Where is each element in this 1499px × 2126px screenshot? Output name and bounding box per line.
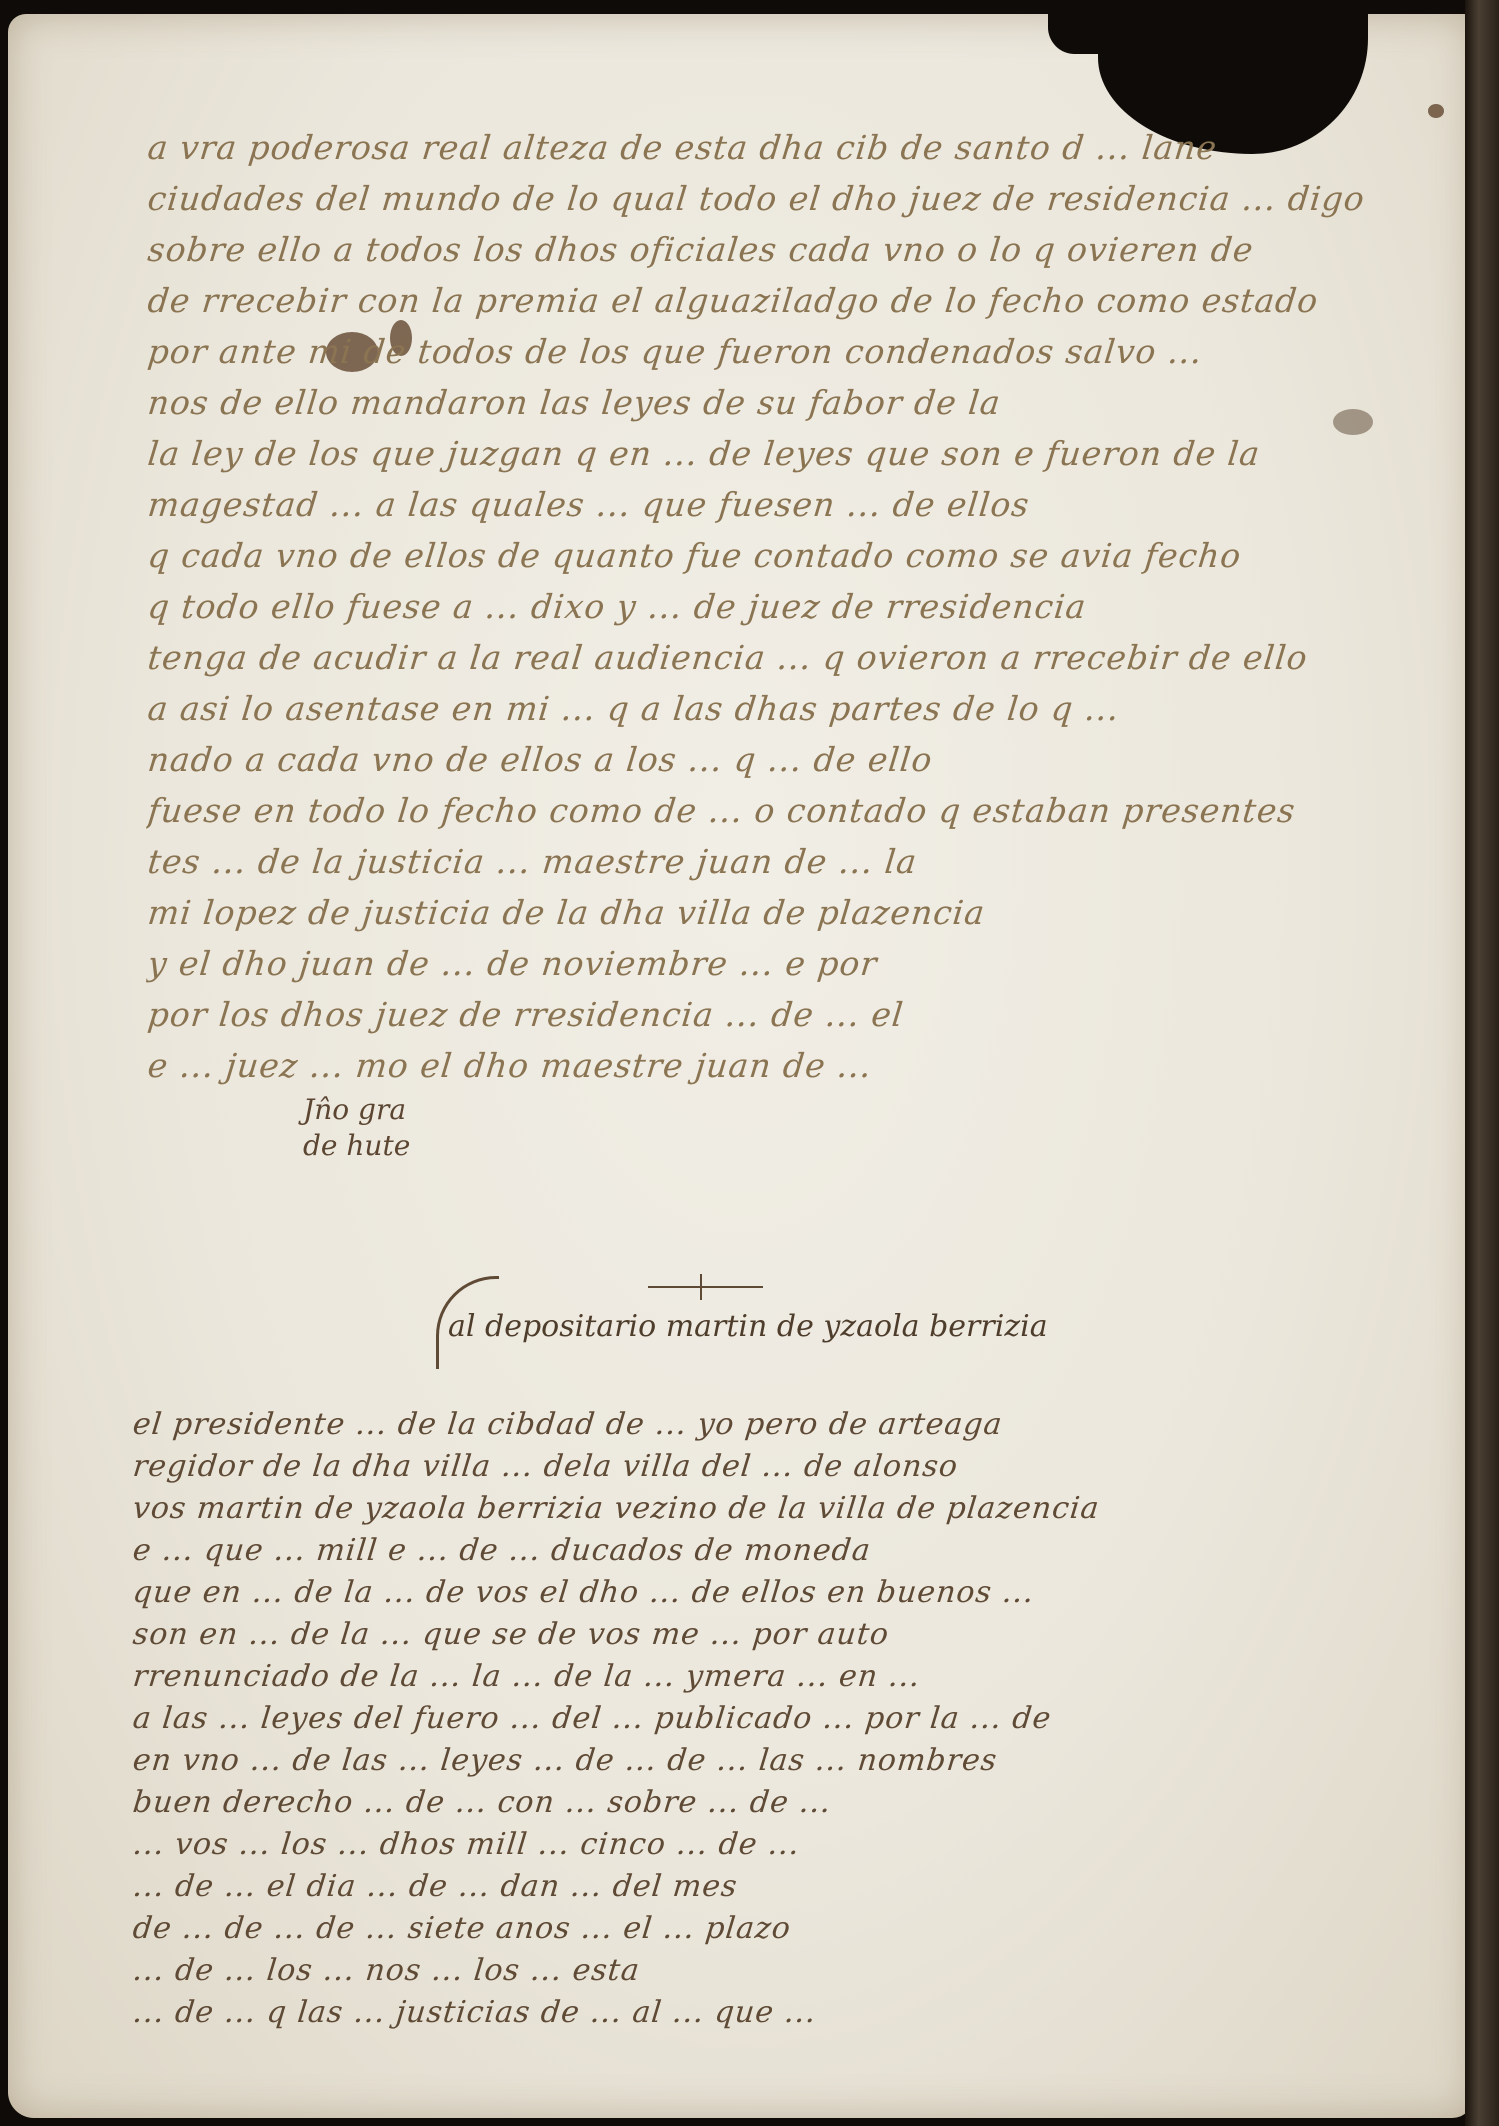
signature-line: de hute — [303, 1128, 410, 1164]
text-line: de rrecebir con la premia el alguaziladg… — [145, 275, 1450, 326]
cross-mark-icon — [648, 1286, 763, 1288]
upper-text-block: a vra poderosa real alteza de esta dha c… — [148, 122, 1448, 1091]
text-line: ... de ... el dia ... de ... dan ... del… — [131, 1866, 1455, 1908]
text-line: q todo ello fuese a ... dixo y ... de ju… — [145, 581, 1450, 632]
text-line: son en ... de la ... que se de vos me ..… — [131, 1614, 1455, 1656]
signature: Jn̂o gra de hute — [303, 1092, 410, 1164]
text-line: ... vos ... los ... dhos mill ... cinco … — [131, 1824, 1455, 1866]
text-line: a las ... leyes del fuero ... del ... pu… — [131, 1698, 1455, 1740]
text-line: ciudades del mundo de lo qual todo el dh… — [145, 173, 1450, 224]
text-line: tenga de acudir a la real audiencia ... … — [145, 632, 1450, 683]
text-line: fuese en todo lo fecho como de ... o con… — [145, 785, 1450, 836]
text-line: tes ... de la justicia ... maestre juan … — [145, 836, 1450, 887]
ink-blot — [1428, 104, 1444, 118]
text-line: rrenunciado de la ... la ... de la ... y… — [131, 1656, 1455, 1698]
text-line: vos martin de yzaola berrizia vezino de … — [131, 1488, 1455, 1530]
text-line: la ley de los que juzgan q en ... de ley… — [145, 428, 1450, 479]
text-line: ... de ... los ... nos ... los ... esta — [131, 1950, 1455, 1992]
signature-line: Jn̂o gra — [303, 1092, 410, 1128]
text-line: por ante mi de todos de los que fueron c… — [145, 326, 1450, 377]
text-line: e ... juez ... mo el dho maestre juan de… — [145, 1040, 1450, 1091]
text-line: nos de ello mandaron las leyes de su fab… — [145, 377, 1450, 428]
text-line: e ... que ... mill e ... de ... ducados … — [131, 1530, 1455, 1572]
text-line: nado a cada vno de ellos a los ... q ...… — [145, 734, 1450, 785]
text-line: en vno ... de las ... leyes ... de ... d… — [131, 1740, 1455, 1782]
manuscript-page: a vra poderosa real alteza de esta dha c… — [8, 14, 1474, 2118]
text-line: buen derecho ... de ... con ... sobre ..… — [131, 1782, 1455, 1824]
text-line: el presidente ... de la cibdad de ... yo… — [131, 1404, 1455, 1446]
lower-text-block: el presidente ... de la cibdad de ... yo… — [133, 1404, 1453, 2034]
text-line: por los dhos juez de rresidencia ... de … — [145, 989, 1450, 1040]
text-line: ... de ... q las ... justicias de ... al… — [131, 1992, 1455, 2034]
text-line: mi lopez de justicia de la dha villa de … — [145, 887, 1450, 938]
text-line: regidor de la dha villa ... dela villa d… — [131, 1446, 1455, 1488]
section-heading: al depositario martin de yzaola berrizia — [448, 1309, 1048, 1344]
text-line: y el dho juan de ... de noviembre ... e … — [145, 938, 1450, 989]
text-line: de ... de ... de ... siete anos ... el .… — [131, 1908, 1455, 1950]
text-line: a vra poderosa real alteza de esta dha c… — [145, 122, 1450, 173]
text-line: a asi lo asentase en mi ... q a las dhas… — [145, 683, 1450, 734]
text-line: magestad ... a las quales ... que fuesen… — [145, 479, 1450, 530]
text-line: sobre ello a todos los dhos oficiales ca… — [145, 224, 1450, 275]
text-line: que en ... de la ... de vos el dho ... d… — [131, 1572, 1455, 1614]
text-line: q cada vno de ellos de quanto fue contad… — [145, 530, 1450, 581]
binding-spine — [1465, 0, 1499, 2126]
